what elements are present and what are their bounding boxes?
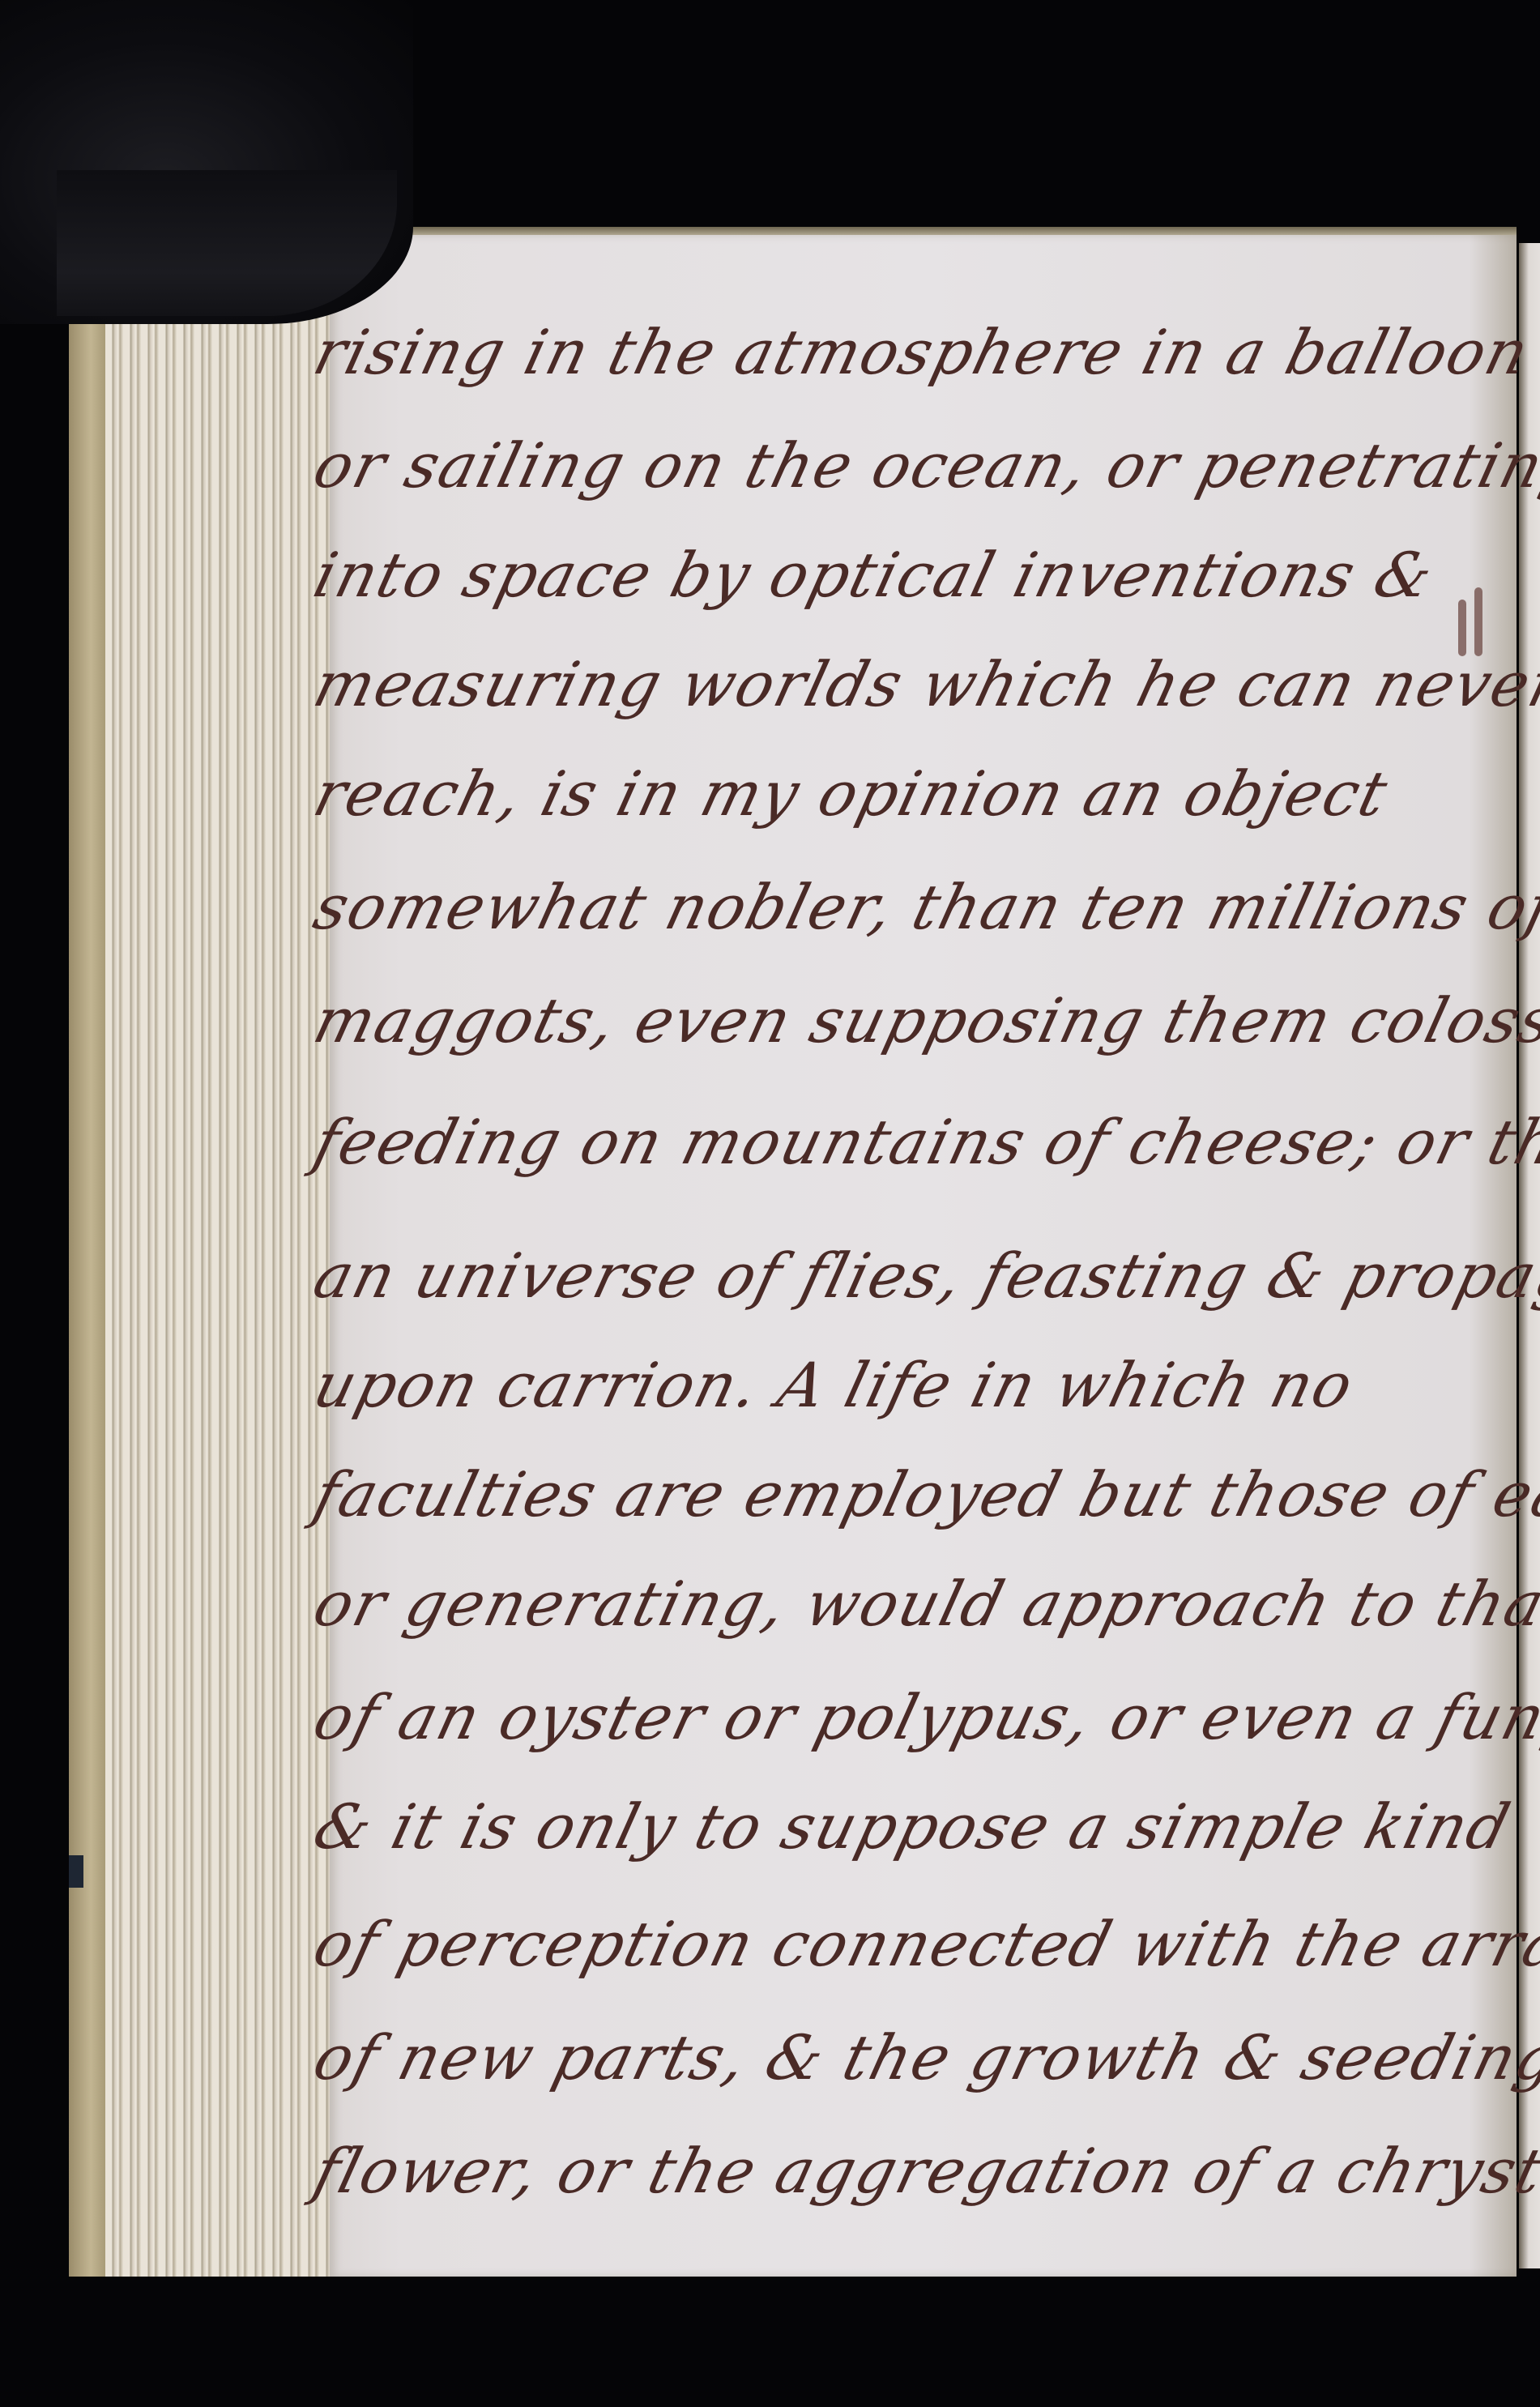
book-cover-edge xyxy=(69,300,105,2277)
text-line-6: somewhat nobler, than ten millions of xyxy=(307,871,1540,943)
text-line-8: feeding on mountains of cheese; or than xyxy=(307,1106,1540,1178)
margin-ink-mark xyxy=(1458,600,1466,656)
text-line-16: of new parts, & the growth & seeding of … xyxy=(307,2021,1540,2093)
text-line-2: or sailing on the ocean, or penetrating xyxy=(307,429,1540,501)
margin-ink-mark xyxy=(1474,587,1482,656)
text-line-11: faculties are employed but those of eati… xyxy=(307,1458,1540,1530)
text-line-4: measuring worlds which he can never xyxy=(307,648,1540,720)
text-line-1: rising in the atmosphere in a balloon xyxy=(307,316,1538,388)
text-line-13: of an oyster or polypus, or even a fungu… xyxy=(307,1681,1540,1753)
text-line-5: reach, is in my opinion an object xyxy=(307,758,1396,830)
text-line-9: an universe of flies, feasting & propaga… xyxy=(307,1240,1540,1312)
text-line-17: flower, or the aggregation of a chrystal xyxy=(307,2135,1540,2207)
text-line-12: or generating, would approach to that xyxy=(307,1568,1540,1640)
text-line-7: maggots, even supposing them colossal, xyxy=(307,984,1540,1056)
text-line-14: & it is only to suppose a simple kind xyxy=(307,1790,1518,1863)
text-line-3: into space by optical inventions & xyxy=(307,539,1441,611)
bookmark-tab xyxy=(69,1855,83,1888)
text-line-10: upon carrion. A life in which no xyxy=(307,1349,1362,1421)
text-line-15: of perception connected with the arrange… xyxy=(307,1908,1540,1980)
